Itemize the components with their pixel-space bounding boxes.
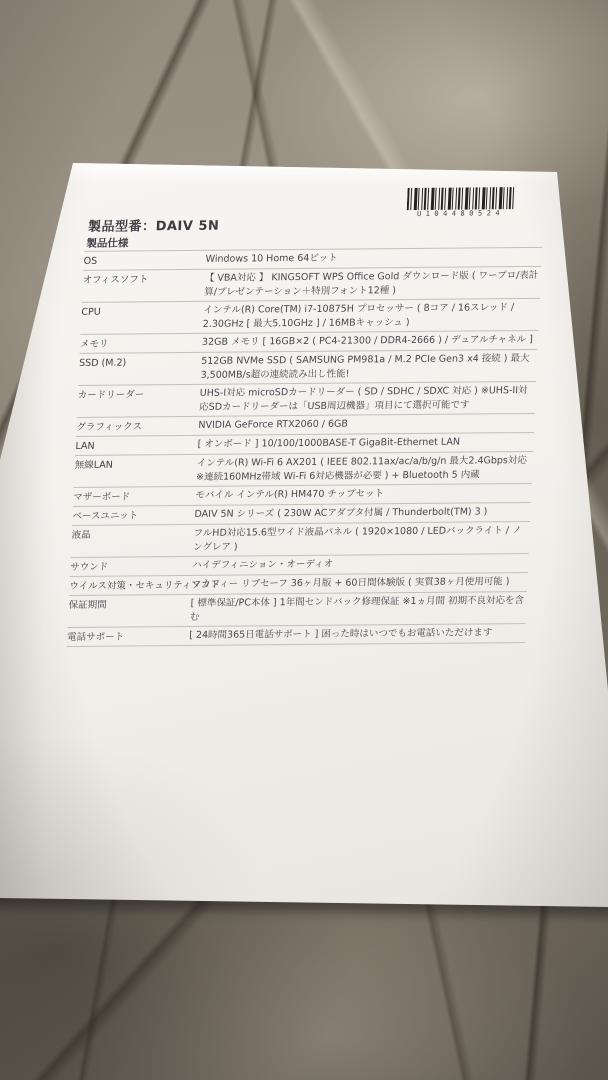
- row-value: NVIDIA GeForce RTX2060 / 6GB: [198, 416, 535, 432]
- row-value: フルHD対応15.6型ワイド液晶パネル ( 1920×1080 / LEDバック…: [193, 524, 530, 554]
- table-row: 保証期間 [ 標準保証/PC本体 ] 1年間センドバック修理保証 ※1ヵ月間 初…: [68, 592, 527, 628]
- row-label: OS: [83, 253, 206, 268]
- row-label: SSD (M.2): [79, 355, 202, 370]
- row-label: LAN: [75, 438, 198, 453]
- section-title: 製品仕様: [86, 235, 129, 250]
- row-label: 無線LAN: [74, 457, 197, 472]
- row-label: カードリーダー: [77, 387, 200, 402]
- row-value: ハイデフィニション・オーディオ: [192, 556, 529, 572]
- page-title: 製品型番：DAIV 5N: [88, 215, 220, 235]
- row-label: 液晶: [71, 527, 194, 542]
- row-value: マカフィー リブセーフ 36ヶ月版 + 60日間体験版 ( 実質38ヶ月使用可能…: [191, 575, 528, 591]
- row-value: モバイル インテル(R) HM470 チップセット: [195, 486, 532, 502]
- spec-table: OS Windows 10 Home 64ビット オフィスソフト 【 VBA対応…: [67, 247, 542, 647]
- table-row: カードリーダー UHS-I対応 microSDカードリーダー ( SD / SD…: [77, 382, 536, 418]
- row-value: [ 24時間365日電話サポート ] 困った時はいつでもお電話いただけます: [189, 626, 526, 642]
- row-value: インテル(R) Wi-Fi 6 AX201 ( IEEE 802.11ax/ac…: [196, 454, 533, 484]
- table-row: 無線LAN インテル(R) Wi-Fi 6 AX201 ( IEEE 802.1…: [74, 452, 533, 488]
- row-label: サウンド: [70, 559, 193, 574]
- row-value: [ オンボード ] 10/100/1000BASE-T GigaBit-Ethe…: [197, 435, 534, 451]
- row-value: インテル(R) Core(TM) i7-10875H プロセッサー ( 8コア …: [203, 301, 540, 331]
- row-value: Windows 10 Home 64ビット: [205, 250, 542, 266]
- barcode: U104480524: [406, 187, 515, 218]
- row-label: ウイルス対策・セキュリティソフト: [69, 578, 192, 593]
- row-value: UHS-I対応 microSDカードリーダー ( SD / SDHC / SDX…: [199, 384, 536, 414]
- row-value: 【 VBA対応 】 KINGSOFT WPS Office Gold ダウンロー…: [204, 269, 541, 299]
- row-label: 保証期間: [68, 597, 191, 612]
- model-number-label: 製品型番：: [88, 219, 156, 235]
- barcode-digits: U104480524: [406, 209, 514, 218]
- table-row: オフィスソフト 【 VBA対応 】 KINGSOFT WPS Office Go…: [82, 267, 541, 303]
- model-number-value: DAIV 5N: [155, 219, 219, 235]
- table-row: CPU インテル(R) Core(TM) i7-10875H プロセッサー ( …: [80, 299, 539, 335]
- barcode-icon: [407, 187, 516, 210]
- table-row: 電話サポート [ 24時間365日電話サポート ] 困った時はいつでもお電話いた…: [67, 624, 526, 647]
- row-label: メモリ: [80, 336, 203, 351]
- row-value: [ 標準保証/PC本体 ] 1年間センドバック修理保証 ※1ヵ月間 初期不良対応…: [190, 594, 527, 624]
- row-label: マザーボード: [73, 489, 196, 504]
- row-label: ベースユニット: [72, 508, 195, 523]
- row-label: オフィスソフト: [82, 272, 205, 287]
- printed-content: U104480524 製品型番：DAIV 5N 製品仕様 OS Windows …: [0, 0, 608, 1080]
- row-value: DAIV 5N シリーズ ( 230W ACアダプタ付属 / Thunderbo…: [194, 505, 531, 521]
- row-label: グラフィックス: [76, 419, 199, 434]
- row-value: 32GB メモリ [ 16GB×2 ( PC4-21300 / DDR4-266…: [202, 333, 539, 349]
- row-label: CPU: [81, 304, 204, 319]
- table-row: SSD (M.2) 512GB NVMe SSD ( SAMSUNG PM981…: [78, 350, 537, 386]
- row-label: 電話サポート: [67, 629, 190, 644]
- table-row: 液晶 フルHD対応15.6型ワイド液晶パネル ( 1920×1080 / LED…: [71, 522, 530, 558]
- row-value: 512GB NVMe SSD ( SAMSUNG PM981a / M.2 PC…: [200, 352, 537, 382]
